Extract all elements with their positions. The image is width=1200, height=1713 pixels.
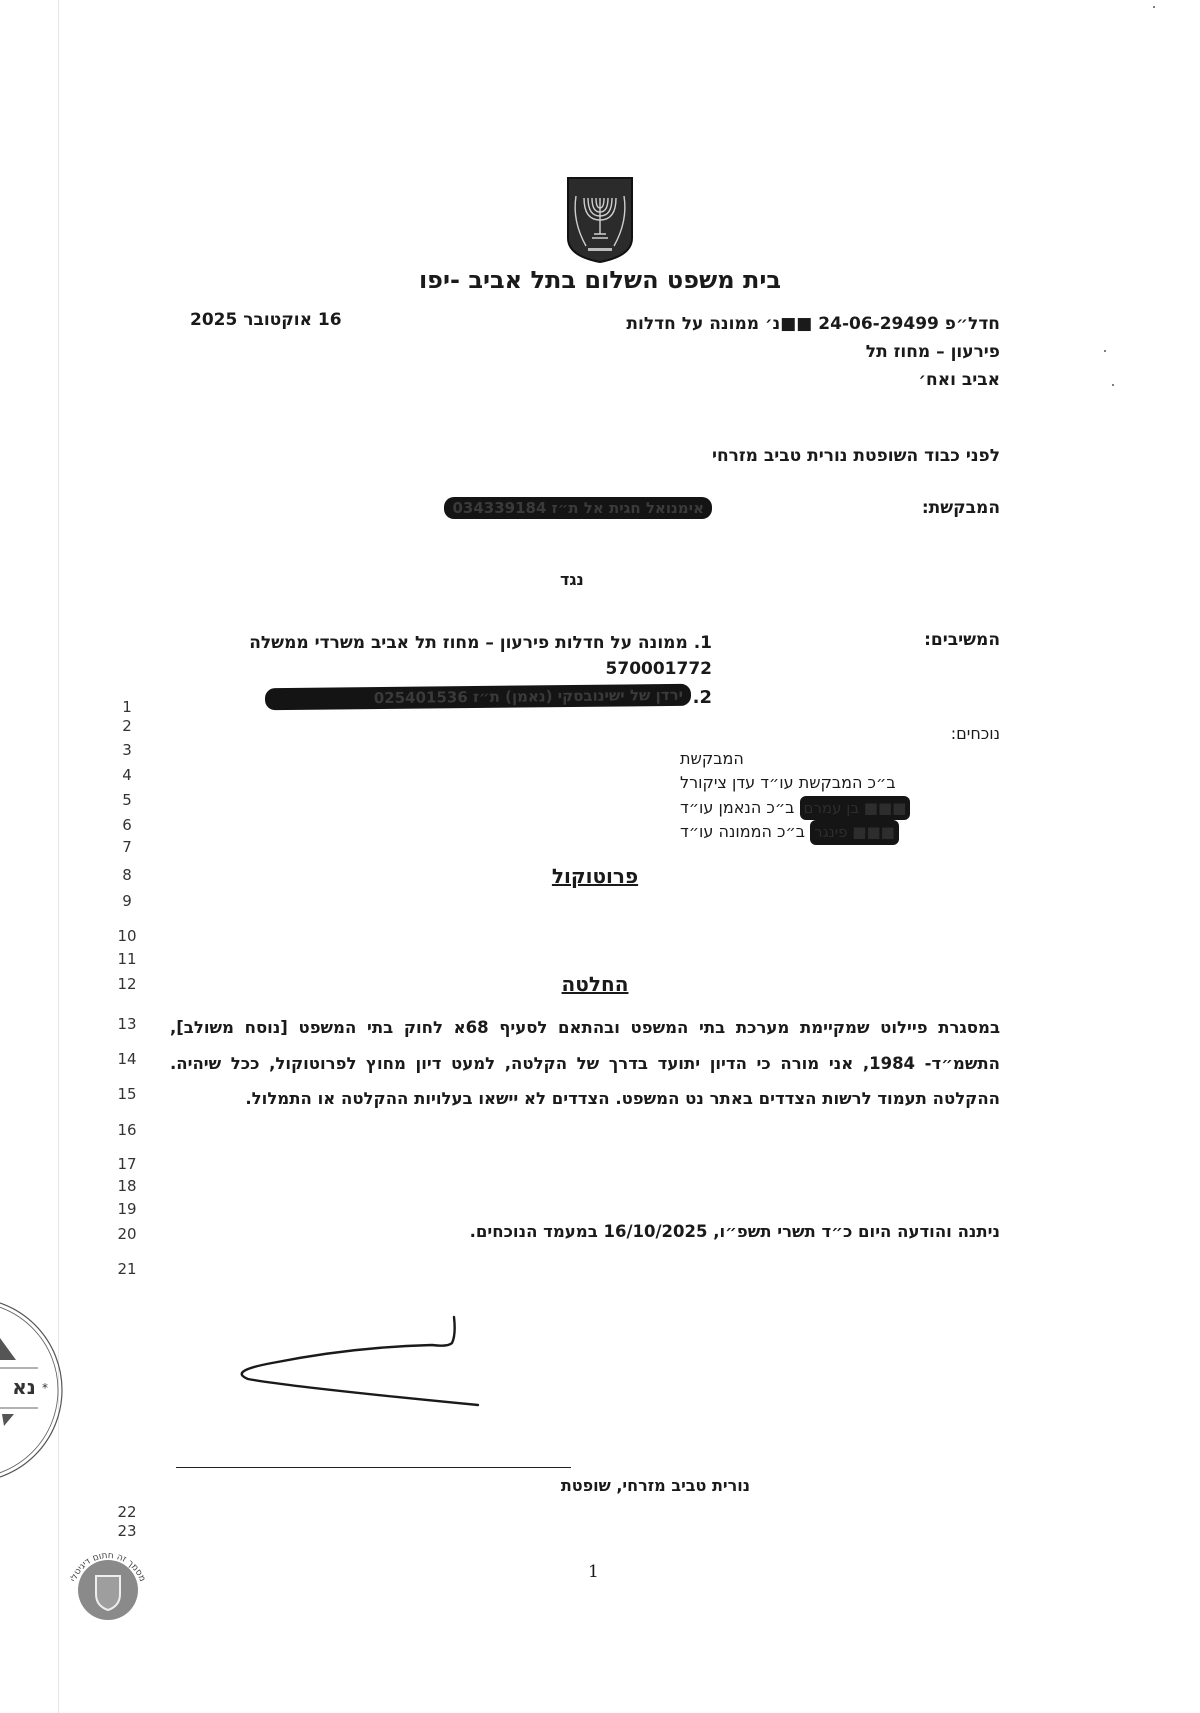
official-stamp-icon: נא * <box>0 1290 65 1490</box>
present-row: המבקשת <box>680 747 1000 772</box>
svg-text:*: * <box>42 1381 48 1395</box>
redacted-respondent-2-name: ירדן של ישינובסקי (נאמן) ת״ז 025401536 <box>265 684 691 710</box>
redacted-attorney-name: ■■■ בן עמרם <box>800 796 911 821</box>
respondent-1-id: 570001772 <box>152 656 712 682</box>
line-number: 1 <box>112 698 142 716</box>
line-number: 4 <box>112 766 142 784</box>
decision-text: במסגרת פיילוט שמקיימת מערכת בתי המשפט וב… <box>170 1010 1000 1117</box>
protocol-heading: פרוטוקול <box>0 864 1190 888</box>
given-line: ניתנה והודעה היום כ״ד תשרי תשפ״ו, 16/10/… <box>470 1222 1000 1241</box>
state-emblem-icon <box>566 176 634 264</box>
page-number: 1 <box>588 1562 599 1582</box>
line-number: 10 <box>112 927 142 945</box>
respondent-2-number: .2 <box>693 687 712 708</box>
line-number: 3 <box>112 741 142 759</box>
line-number: 17 <box>112 1155 142 1173</box>
redacted-applicant-name: אימנואל חגית אל ת״ז 034339184 <box>444 497 712 519</box>
line-number: 5 <box>112 791 142 809</box>
line-number: 11 <box>112 950 142 968</box>
signature-line <box>176 1467 571 1468</box>
line-number: 21 <box>112 1260 142 1278</box>
line-number: 16 <box>112 1121 142 1139</box>
line-number: 23 <box>112 1522 142 1540</box>
applicant-name-container: אימנואל חגית אל ת״ז 034339184 <box>302 498 712 517</box>
line-number: 19 <box>112 1200 142 1218</box>
present-row: ב״כ המבקשת עו״ד עדן ציקורל <box>680 771 1000 796</box>
line-number: 18 <box>112 1177 142 1195</box>
line-number: 9 <box>112 892 142 910</box>
line-number: 7 <box>112 838 142 856</box>
judge-signature-icon <box>232 1315 502 1410</box>
line-number: 14 <box>112 1050 142 1068</box>
present-row: ב״כ הממונה עו״ד ■■■ פינגר <box>680 820 1000 845</box>
svg-text:נא: נא <box>12 1375 36 1399</box>
line-number: 22 <box>112 1503 142 1521</box>
before-judge: לפני כבוד השופטת נורית טביב מזרחי <box>712 446 1000 466</box>
redacted-attorney-name: ■■■ פינגר <box>810 820 899 845</box>
respondent-1-number: 1. <box>694 633 712 653</box>
respondent-2: .2 ירדן של ישינובסקי (נאמן) ת״ז 02540153… <box>265 686 712 708</box>
case-number: חדל״פ 24-06-29499 ■■נ׳ ממונה על חדלות פי… <box>580 310 1000 394</box>
scan-speck <box>1104 350 1106 352</box>
present-label: נוכחים: <box>680 722 1000 747</box>
applicant-label: המבקשת: <box>922 498 1000 518</box>
scan-speck <box>1153 6 1155 8</box>
versus-label: נגד <box>560 570 584 589</box>
line-number: 20 <box>112 1225 142 1243</box>
hearing-date: 16 אוקטובר 2025 <box>190 310 342 330</box>
respondent-1: 1. ממונה על חדלות פירעון – מחוז תל אביב … <box>152 630 712 682</box>
case-number-line2: אביב ואח׳ <box>580 366 1000 394</box>
respondent-1-name: ממונה על חדלות פירעון – מחוז תל אביב משר… <box>249 633 688 653</box>
present-list: נוכחים: המבקשת ב״כ המבקשת עו״ד עדן ציקור… <box>680 722 1000 845</box>
present-row: ב״כ הנאמן עו״ד ■■■ בן עמרם <box>680 796 1000 821</box>
line-number: 2 <box>112 717 142 735</box>
decision-heading: החלטה <box>0 972 1190 996</box>
respondents-label: המשיבים: <box>924 630 1000 650</box>
line-number: 15 <box>112 1085 142 1103</box>
scan-speck <box>1112 384 1114 386</box>
judge-signature-name: נורית טביב מזרחי, שופטת <box>0 1476 750 1495</box>
line-number: 13 <box>112 1015 142 1033</box>
line-number: 6 <box>112 816 142 834</box>
case-number-line1: חדל״פ 24-06-29499 ■■נ׳ ממונה על חדלות פי… <box>580 310 1000 366</box>
digital-signature-seal-icon: מסמך זה חתום דיגיטלי <box>60 1540 156 1636</box>
court-name: בית משפט השלום בתל אביב -יפו <box>0 266 1200 294</box>
